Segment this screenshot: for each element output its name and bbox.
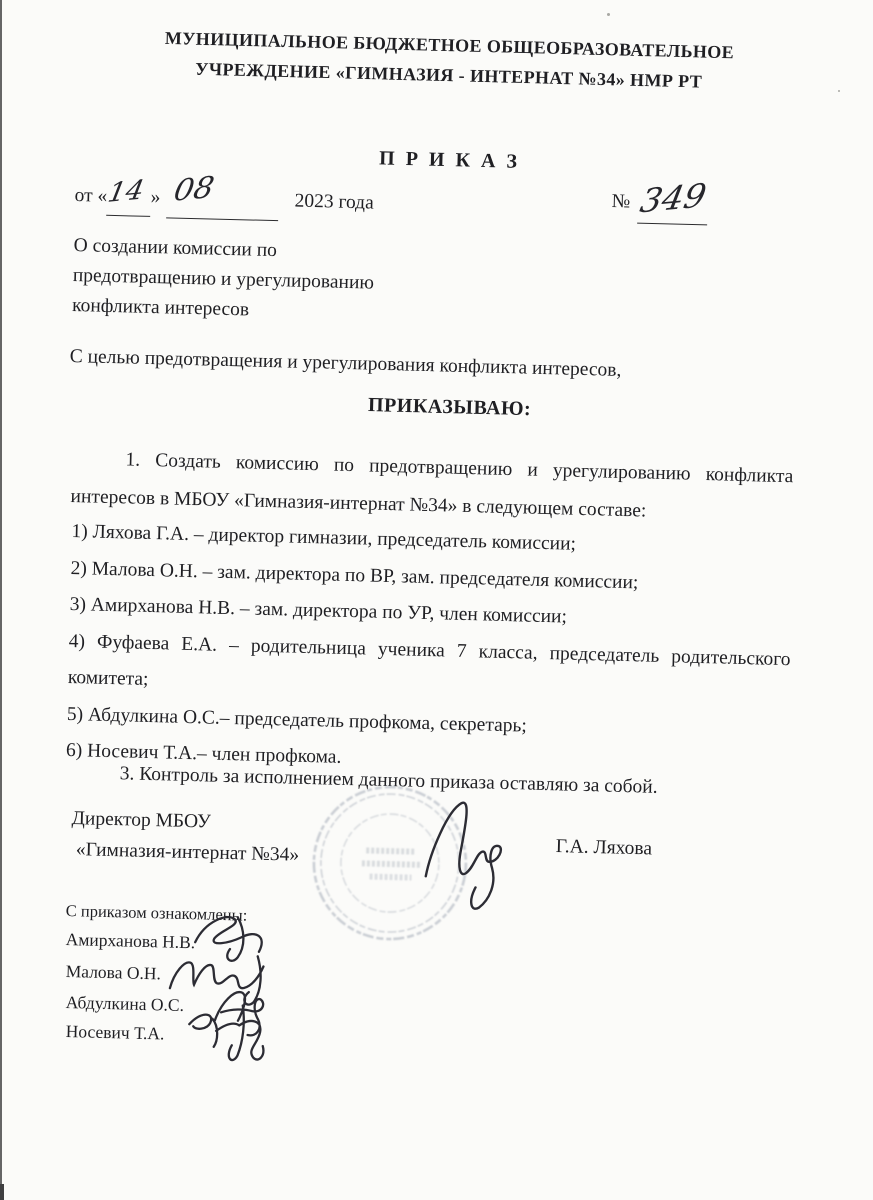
subject-block: О создании комиссии по предотвращению и … [72, 231, 375, 329]
date-month-underline [166, 217, 278, 221]
ack-name: Малова О.Н. [65, 961, 161, 984]
handwritten-month: 08 [171, 170, 217, 208]
number-underline [637, 223, 707, 226]
signer-title-line2: «Гимназия-интернат №34» [70, 834, 299, 870]
date-prefix: от « [74, 185, 107, 208]
signer-title: Директор МБОУ «Гимназия-интернат №34» [70, 804, 300, 871]
date-line: от « 14 » 08 2023 года [74, 183, 455, 233]
order-number: № 349 [611, 189, 752, 235]
handwritten-day: 14 [105, 175, 146, 209]
member-list: 1) Ляхова Г.А. – директор гимназии, пред… [66, 514, 794, 788]
scanned-order-page: МУНИЦИПАЛЬНОЕ БЮДЖЕТНОЕ ОБЩЕОБРАЗОВАТЕЛЬ… [0, 0, 873, 1200]
org-header: МУНИЦИПАЛЬНОЕ БЮДЖЕТНОЕ ОБЩЕОБРАЗОВАТЕЛЬ… [48, 20, 849, 100]
number-label: № [611, 191, 630, 213]
scan-edge-left [0, 0, 2, 1200]
scan-speck [607, 13, 610, 16]
date-quote-close: » [150, 187, 160, 209]
director-signature-stroke [415, 788, 533, 916]
preamble: С целью предотвращения и урегулирования … [69, 346, 621, 382]
signer-name: Г.А. Ляхова [555, 836, 652, 860]
scan-edge-corner [0, 1184, 4, 1200]
date-day-underline [106, 215, 150, 217]
date-year-text: 2023 года [294, 191, 374, 215]
signer-title-line1: Директор МБОУ [71, 804, 300, 840]
director-signature [415, 788, 533, 916]
decree-word: ПРИКАЗЫВАЮ: [49, 386, 849, 429]
ack-signature-nosevich [180, 996, 292, 1067]
doc-type-title: П Р И К А З [49, 139, 849, 182]
ack-name: Носевич Т.А. [65, 1021, 164, 1044]
handwritten-number: 349 [637, 176, 709, 221]
signature-stroke [180, 996, 292, 1067]
